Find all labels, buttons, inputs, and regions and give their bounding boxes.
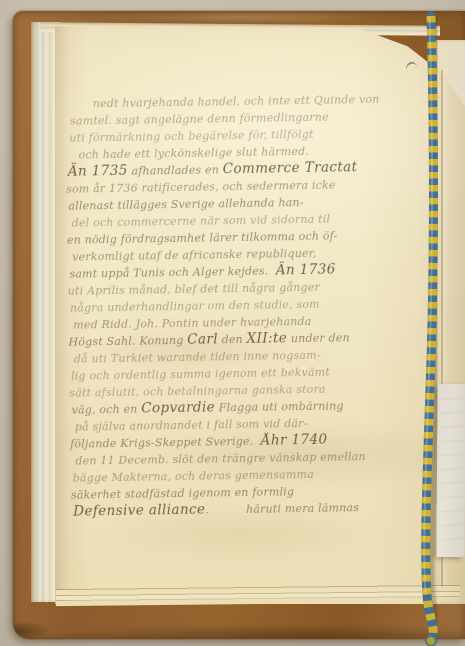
emphasized-word: Carl <box>187 331 218 347</box>
emphasized-word: Än 1736 <box>276 261 336 278</box>
emphasized-word: Åhr 1740 <box>261 432 328 449</box>
manuscript-text: nedt hvarjehanda handel, och inte ett Qu… <box>67 90 414 520</box>
scanned-book-photo: nedt hvarjehanda handel, och inte ett Qu… <box>0 0 465 646</box>
emphasized-word: Än 1735 <box>68 163 128 180</box>
emphasized-word: Copvardie <box>141 399 215 416</box>
emphasized-word: Commerce Tractat <box>223 159 358 177</box>
inserted-paper-slip <box>436 384 465 557</box>
emphasized-word: Defensive alliance <box>73 502 205 520</box>
page-stack-edges-bottom <box>56 582 460 606</box>
emphasized-word: XII:te <box>246 330 287 347</box>
slip-faint-writing <box>440 390 463 549</box>
